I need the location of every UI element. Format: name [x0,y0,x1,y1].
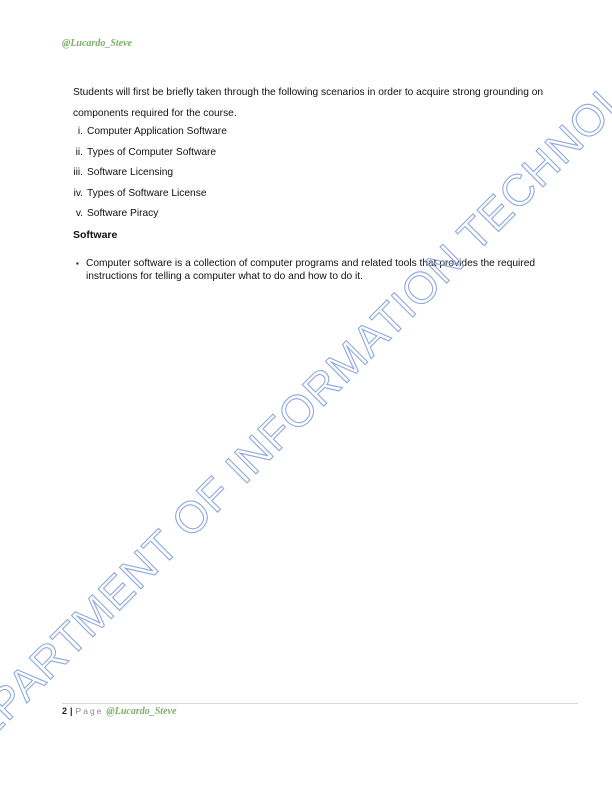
topic-label: Types of Computer Software [87,145,216,166]
topic-label: Computer Application Software [87,124,227,145]
intro-paragraph: Students will first be briefly taken thr… [73,82,573,124]
topic-item: iv.Types of Software License [62,186,227,207]
topic-item: ii.Types of Computer Software [62,145,227,166]
bullet-item: ▪ Computer software is a collection of c… [76,257,581,283]
topic-number: iii. [62,165,87,186]
page-number: 2 [62,706,67,716]
topic-number: i. [62,124,87,145]
footer-separator: | [70,706,73,716]
topic-label: Software Licensing [87,165,173,186]
section-heading: Software [73,229,117,241]
header-credit: @Lucardo_Steve [62,38,132,49]
topic-item: iii.Software Licensing [62,165,227,186]
topic-number: v. [62,206,87,227]
topic-label: Software Piracy [87,206,158,227]
footer-credit: @Lucardo_Steve [106,706,176,717]
page-label: Page [76,706,104,716]
topic-list: i.Computer Application Software ii.Types… [62,124,227,227]
topic-number: ii. [62,145,87,166]
footer-divider [62,703,578,704]
bullet-list: ▪ Computer software is a collection of c… [76,257,581,283]
bullet-text: Computer software is a collection of com… [86,258,535,282]
topic-item: v.Software Piracy [62,206,227,227]
square-bullet-icon: ▪ [76,257,79,270]
topic-label: Types of Software License [87,186,206,207]
topic-number: iv. [62,186,87,207]
topic-item: i.Computer Application Software [62,124,227,145]
page-footer: 2 | Page @Lucardo_Steve [62,706,176,717]
